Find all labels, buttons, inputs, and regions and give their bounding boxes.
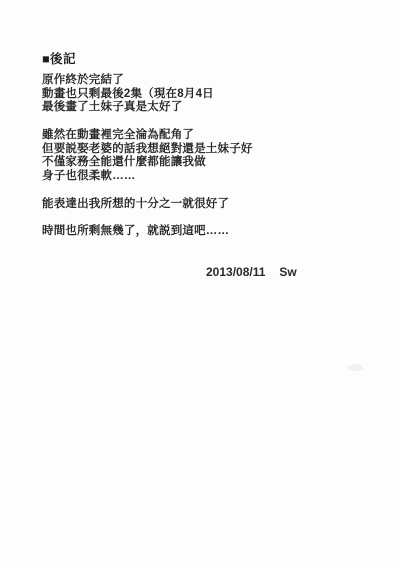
signature-author: Sw <box>279 265 296 279</box>
afterword-page: ■後記 原作終於完結了 動畫也只剩最後2集（現在8月4日 最後畫了土妹子真是太好… <box>0 0 400 569</box>
text-line: 能表達出我所想的十分之一就很好了 <box>42 198 229 212</box>
text-line: 雖然在動畫裡完全淪為配角了 <box>42 129 253 143</box>
text-line: 動畫也只剩最後2集（現在8月4日 <box>42 88 214 102</box>
paragraph-2: 雖然在動畫裡完全淪為配角了 但要説娶老婆的話我想絕對還是土妹子好 不僅家務全能還… <box>42 129 253 184</box>
text-line: 但要説娶老婆的話我想絕對還是土妹子好 <box>42 143 253 157</box>
paragraph-3: 能表達出我所想的十分之一就很好了 <box>42 198 229 212</box>
paragraph-4: 時間也所剩無幾了，就説到這吧…… <box>42 225 229 239</box>
text-line: 原作終於完結了 <box>42 74 214 88</box>
text-line: 不僅家務全能還什麼都能讓我做 <box>42 156 253 170</box>
scan-artifact <box>348 364 363 371</box>
signature-date: 2013/08/11 <box>206 265 265 279</box>
afterword-heading: ■後記 <box>42 49 76 67</box>
paragraph-1: 原作終於完結了 動畫也只剩最後2集（現在8月4日 最後畫了土妹子真是太好了 <box>42 74 214 115</box>
text-line: 最後畫了土妹子真是太好了 <box>42 101 214 115</box>
text-line: 時間也所剩無幾了，就説到這吧…… <box>42 225 229 239</box>
text-line: 身子也很柔軟…… <box>42 170 253 184</box>
signature-line: 2013/08/11 Sw <box>206 265 297 279</box>
